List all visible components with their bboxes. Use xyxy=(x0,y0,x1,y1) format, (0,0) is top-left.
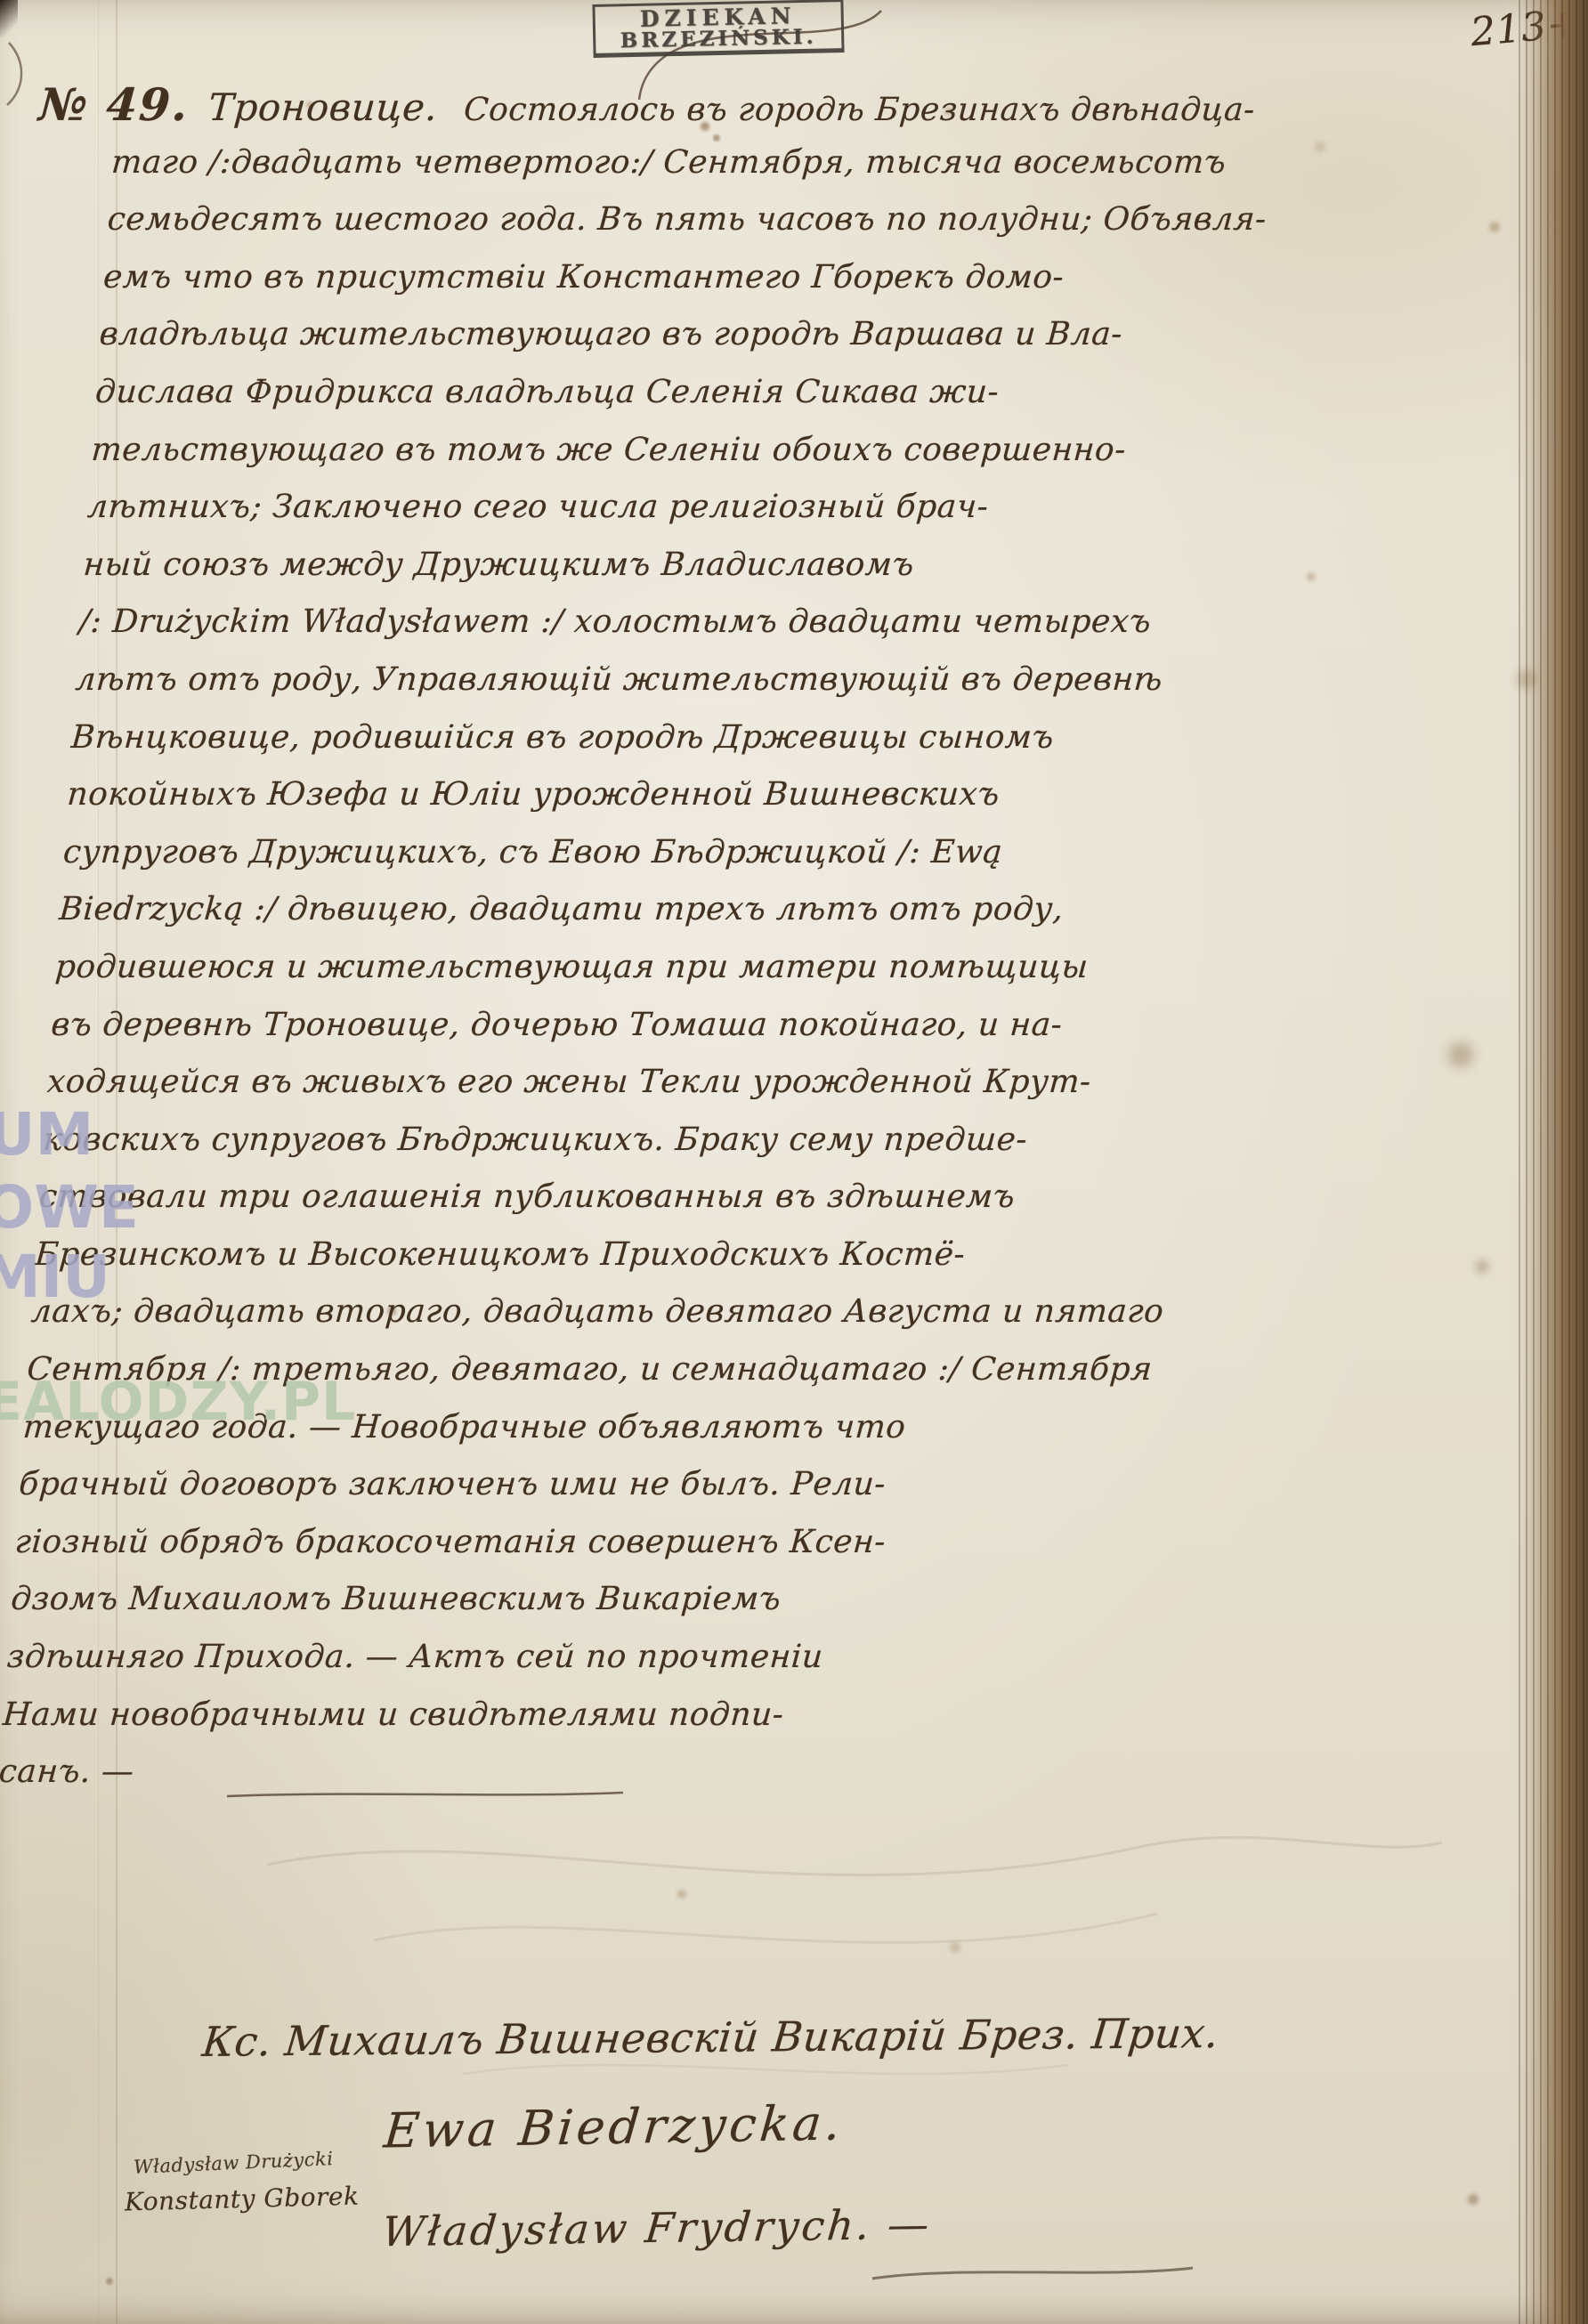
act-line: лѣтъ отъ роду, Управляющій жительствующі… xyxy=(73,652,1502,709)
record-place-name: Троновице. xyxy=(207,85,440,129)
act-line: /: Drużyckim Władysławem :/ холостымъ дв… xyxy=(77,594,1506,652)
act-line: гіозный обрядъ бракосочетанія совершенъ … xyxy=(13,1514,1442,1572)
act-line: супруговъ Дружицкихъ, съ Евою Бѣдржицкой… xyxy=(61,824,1490,882)
priest-signature: Кс. Михаилъ Вишневскій Викарій Брез. При… xyxy=(200,2009,1221,2066)
watermark-fragment: OWE xyxy=(0,1173,139,1242)
act-line: владѣльца жительствующаго въ городѣ Варш… xyxy=(97,306,1526,364)
watermark-fragment: UM xyxy=(0,1100,93,1169)
act-line: лѣтнихъ; Заключено сего числа религіозны… xyxy=(85,479,1514,537)
act-line: родившеюся и жительствующая при матери п… xyxy=(53,939,1482,997)
act-line: Брезинскомъ и Высокеницкомъ Приходскихъ … xyxy=(33,1227,1462,1284)
book-gutter-edge xyxy=(1519,0,1588,2324)
act-line: лахъ; двадцать втораго, двадцать девятаг… xyxy=(29,1283,1458,1341)
act-line: таго /:двадцать четвертого:/ Сентября, т… xyxy=(109,134,1538,192)
act-line: дислава Фридрикса владѣльца Селенія Сика… xyxy=(93,364,1522,422)
watermark-fragment: MIU xyxy=(0,1243,110,1311)
watermark-genealodzy: EALODZY.PL xyxy=(0,1371,356,1433)
act-line: покойныхъ Юзефа и Юліи урожденной Вишнев… xyxy=(65,766,1494,824)
groom-signature-small: Władysław Drużycki xyxy=(134,2148,334,2178)
dziekan-stamp: DZIEKAN BRZEZIŃSKI. xyxy=(592,0,844,58)
act-line: семьдесятъ шестого года. Въ пять часовъ … xyxy=(105,191,1534,249)
act-line: ный союзъ между Дружицкимъ Владиславомъ xyxy=(81,537,1510,595)
act-line: тельствующаго въ томъ же Селеніи обоихъ … xyxy=(89,422,1518,480)
record-number: № 49. xyxy=(37,78,191,131)
witness2-signature: Władysław Frydrych. — xyxy=(380,2200,934,2256)
act-line: ходящейся въ живыхъ его жены Текли урожд… xyxy=(45,1054,1474,1112)
act-line: ствовали три оглашенія публикованныя въ … xyxy=(37,1169,1466,1227)
act-line: № 49. Троновице. Состоялось въ городѣ Бр… xyxy=(36,77,1542,134)
scanned-register-page: DZIEKAN BRZEZIŃSKI. 213+ № 49. Троновице… xyxy=(0,0,1588,2324)
act-line: здѣшняго Прихода. — Актъ сей по прочтені… xyxy=(5,1629,1434,1687)
act-line: дзомъ Михаиломъ Вишневскимъ Викаріемъ xyxy=(9,1571,1438,1629)
act-line: емъ что въ присутствіи Константего Гборе… xyxy=(101,249,1530,307)
act-line: Вѣнцковице, родившійся въ городѣ Држевиц… xyxy=(69,709,1498,767)
stamp-line2: BRZEZIŃSKI. xyxy=(620,26,817,52)
act-line: Нами новобрачными и свидѣтелями подпи- xyxy=(1,1687,1430,1745)
bride-signature: Ewa Biedrzycka. xyxy=(382,2095,847,2159)
act-line: брачный договоръ заключенъ ими не былъ. … xyxy=(17,1456,1446,1514)
act-line: ковскихъ супруговъ Бѣдржицкихъ. Браку се… xyxy=(41,1112,1470,1170)
act-line-text: Состоялось въ городѣ Брезинахъ двѣнадца- xyxy=(463,92,1257,128)
corner-shadow xyxy=(0,0,18,37)
act-body-text: № 49. Троновице. Состоялось въ городѣ Бр… xyxy=(0,77,1542,1802)
act-line: санъ. — xyxy=(0,1744,1425,1802)
act-line: Biedrzycką :/ дѣвицею, двадцати трехъ лѣ… xyxy=(57,881,1486,939)
witness-signature-small: Konstanty Gborek xyxy=(125,2182,360,2217)
act-line: въ деревнѣ Троновице, дочерью Томаша пок… xyxy=(49,997,1478,1055)
